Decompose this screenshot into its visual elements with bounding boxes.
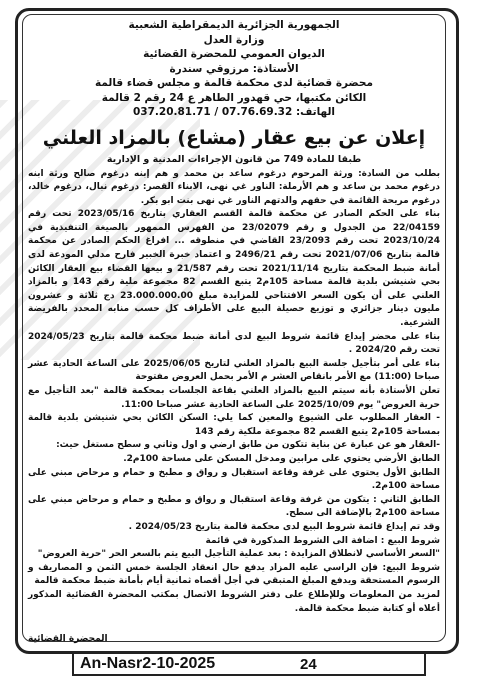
paragraph-sale-terms: شروط البيع : اضافة الى الشروط المذكورة ف…	[28, 535, 440, 549]
paragraph-conditions-deposit: بناء على محضر إيداع قائمة شروط البيع لدى…	[28, 331, 440, 358]
paragraph-first-floor: الطابق الأول يحتوي على غرفة وقاعة استقبا…	[28, 467, 440, 494]
page-number: 24	[300, 656, 317, 673]
header-address: الكائن مكتبها، حي قهدور الطاهر ع 24 رقم …	[28, 91, 440, 106]
signature: المحضرة القضائية	[28, 634, 440, 644]
header-bailiff-name: الأستاذة: مرزوقي سندرة	[28, 62, 440, 77]
paragraph-building: -العقار هو عن عبارة عن بناية تتكون من طا…	[28, 439, 440, 453]
letterhead: الجمهورية الجزائرية الديمقراطية الشعبية …	[28, 18, 440, 120]
header-country: الجمهورية الجزائرية الديمقراطية الشعبية	[28, 18, 440, 33]
notice-title: إعلان عن بيع عقار (مشاع) بالمزاد العلني	[28, 126, 440, 150]
paragraph-payment-terms: شروط البيع: فإن الراسي عليه المزاد يدفع …	[28, 562, 440, 589]
paragraph-base-price: "السعر الأساسي لانطلاق المزايدة : بعد عم…	[28, 548, 440, 562]
paragraph-judgment: بناء على الحكم الصادر عن محكمة قالمة الق…	[28, 208, 440, 330]
paragraph-more-info: لمزيد من المعلومات وللإطلاع على دفتر الش…	[28, 589, 440, 616]
paragraph-ground-floor: الطابق الأرضي يحتوي على مرابين ومدخل الم…	[28, 453, 440, 467]
paragraph-deposit-date: وقد تم إيداع قائمة شروط البيع لدى محكمة …	[28, 521, 440, 535]
paragraph-auction-date: تعلن الأستاذة بأنه سيتم البيع بالمزاد ال…	[28, 385, 440, 412]
notice-body: بطلب من السادة: ورثة المرحوم درغوم ساعد …	[28, 168, 440, 617]
header-office: الديوان العمومي للمحضرة القضائية	[28, 47, 440, 62]
header-ministry: وزارة العدل	[28, 33, 440, 48]
paragraph-requesters: بطلب من السادة: ورثة المرحوم درغوم ساعد …	[28, 168, 440, 209]
newspaper-reference: An-Nasr2-10-2025	[74, 655, 300, 673]
paragraph-second-floor: الطابق الثاني : يتكون من غرفة وقاعة استق…	[28, 494, 440, 521]
page-footer: An-Nasr2-10-2025 24	[72, 652, 426, 676]
paragraph-postponement: بناء على أمر بتأجيل جلسة البيع بالمزاد ا…	[28, 358, 440, 385]
header-court: محضرة قضائية لدى محكمة قالمة و مجلس قضاء…	[28, 76, 440, 91]
paragraph-property: - العقار المطلوب على الشيوع والمعين كما …	[28, 412, 440, 439]
header-phone: الهاتف: 07.76.69.32 / 037.20.81.71	[28, 105, 440, 120]
notice-content: الجمهورية الجزائرية الديمقراطية الشعبية …	[28, 18, 440, 644]
notice-subtitle: طبقا للمادة 749 من قانون الإجراءات المدن…	[28, 153, 440, 166]
